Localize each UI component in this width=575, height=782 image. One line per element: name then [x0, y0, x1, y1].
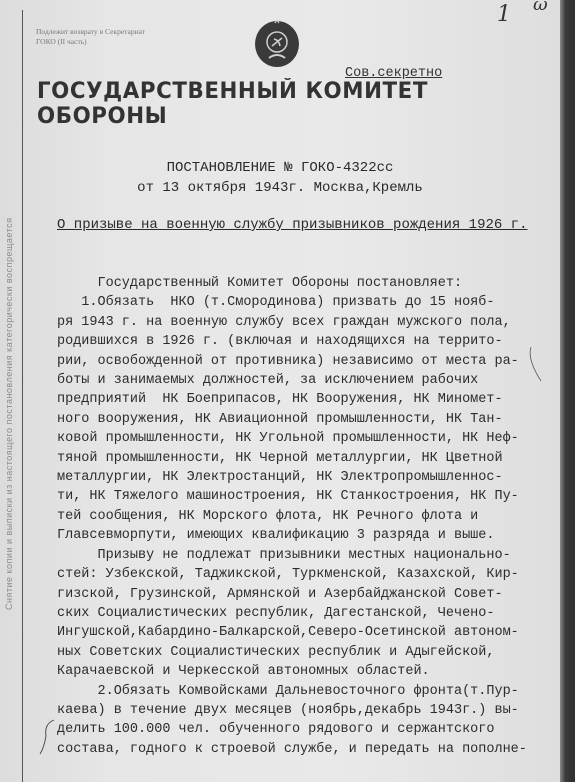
decree-subject: О призыве на военную службу призывников … — [57, 217, 527, 233]
pencil-mark — [38, 718, 58, 758]
corner-mark-handwritten: ω — [533, 0, 548, 15]
body-line: Главсевморпути, имеющих квалификацию 3 р… — [57, 526, 527, 545]
margin-rule — [22, 10, 23, 782]
body-line: тяной промышленности, НК Черной металлур… — [57, 449, 527, 468]
body-line: гизской, Грузинской, Армянской и Азербай… — [57, 585, 527, 604]
body-line: ти, НК Тяжелого машиностроения, НК Станк… — [57, 487, 527, 506]
scan-edge-shadow — [560, 0, 575, 782]
decree-date: от 13 октября 1943г. Москва,Кремль — [0, 180, 560, 196]
body-line: состава, годного к строевой службе, и пе… — [57, 740, 527, 759]
body-line: тей сообщения, НК Морского флота, НК Реч… — [57, 507, 527, 526]
body-line: Карачаевской и Черкесской автономных обл… — [57, 662, 527, 681]
body-line: Государственный Комитет Обороны постанов… — [57, 274, 527, 293]
return-note-line-2: ГОКО (II часть) — [36, 37, 145, 47]
body-line: 1.Обязать НКО (т.Смородинова) призвать д… — [57, 293, 527, 312]
body-line: родившихся в 1926 г. (включая и находящи… — [57, 332, 527, 351]
body-line: металлургии, НК Электростанций, НК Элект… — [57, 468, 527, 487]
decree-number: ПОСТАНОВЛЕНИЕ № ГОКО-4322сс — [0, 160, 560, 176]
body-line: ских Социалистических республик, Дагеста… — [57, 604, 527, 623]
pencil-mark — [527, 345, 547, 385]
body-line: 2.Обязать Комвойсками Дальневосточного ф… — [57, 682, 527, 701]
body-line: ных Советских Социалистических республик… — [57, 643, 527, 662]
body-line: предприятий НК Боеприпасов, НК Вооружени… — [57, 390, 527, 409]
body-line: каева) в течение двух месяцев (ноябрь,де… — [57, 701, 527, 720]
ussr-emblem-icon — [253, 18, 301, 68]
body-line: делить 100.000 чел. обученного рядового … — [57, 720, 527, 739]
return-note: Подлежит возврату в Секретариат ГОКО (II… — [36, 27, 145, 47]
body-line: рии, освобожденной от противника) незави… — [57, 352, 527, 371]
body-line: Призыву не подлежат призывники местных н… — [57, 546, 527, 565]
organization-title: ГОСУДАРСТВЕННЫЙ КОМИТЕТ ОБОРОНЫ — [37, 79, 559, 129]
vertical-copy-restriction-note: Снятие копии и выписки из настоящего пос… — [4, 218, 14, 610]
body-line: ковой промышленности, НК Угольной промыш… — [57, 429, 527, 448]
return-note-line-1: Подлежит возврату в Секретариат — [36, 27, 145, 37]
decree-body: Государственный Комитет Обороны постанов… — [57, 274, 527, 759]
body-line: боты и занимаемых должностей, за исключе… — [57, 371, 527, 390]
body-line: Ингушской,Кабардино-Балкарской,Северо-Ос… — [57, 623, 527, 642]
body-line: стей: Узбекской, Таджикской, Туркменской… — [57, 565, 527, 584]
body-line: ного вооружения, НК Авиационной промышле… — [57, 410, 527, 429]
page-number-handwritten: 1 — [497, 2, 511, 27]
body-line: ря 1943 г. на военную службу всех гражда… — [57, 313, 527, 332]
